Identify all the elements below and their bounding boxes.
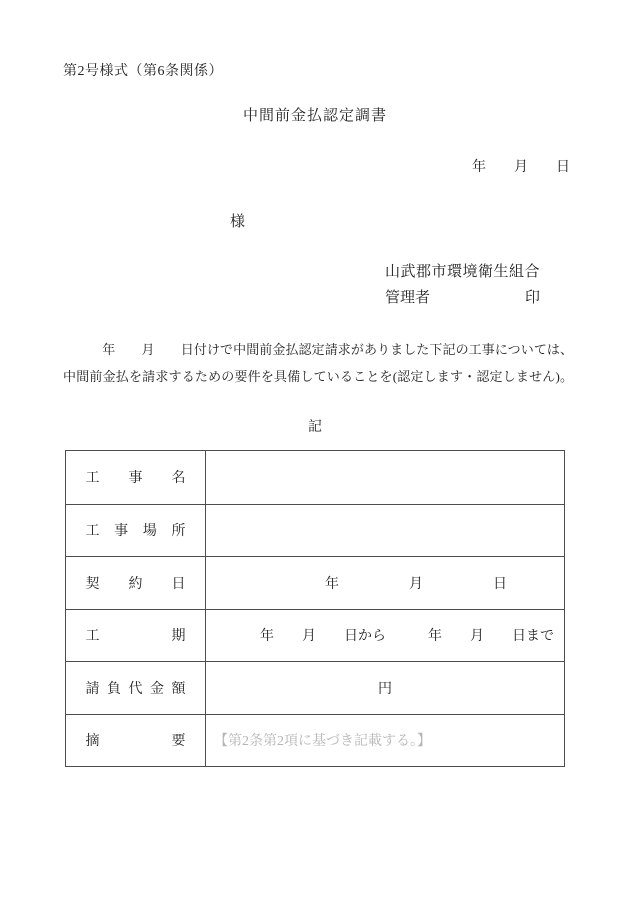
- row-value: 年 月 日から 年 月 日まで: [206, 610, 564, 662]
- row-label-cell: 工事場所: [66, 505, 206, 557]
- row-label-cell: 工事名: [66, 451, 206, 504]
- table-row-construction-site: 工事場所: [66, 504, 564, 557]
- row-label: 工事場所: [86, 520, 186, 540]
- row-value: 円: [206, 662, 564, 714]
- body-line-1: 年 月 日付けで中間前金払認定請求がありました下記の工事については、: [63, 336, 573, 363]
- organization-name: 山武郡市環境衛生組合: [385, 260, 540, 281]
- body-line-2: 中間前金払を請求するための要件を具備していることを(認定します・認定しません)。: [63, 363, 573, 390]
- table-row-construction-name: 工事名: [66, 451, 564, 504]
- row-label-cell: 工期: [66, 610, 206, 662]
- remarks-placeholder-note: 【第2条第2項に基づき記載する。】: [206, 715, 564, 767]
- row-value: 年 月 日: [206, 557, 564, 609]
- form-number: 第2号様式（第6条関係）: [63, 60, 223, 80]
- issuer-signature-line: 管理者 印: [385, 286, 540, 307]
- row-value: [206, 505, 564, 557]
- row-label: 契約日: [86, 573, 186, 593]
- table-row-construction-period: 工期 年 月 日から 年 月 日まで: [66, 609, 564, 662]
- row-label: 請負代金額: [86, 678, 186, 698]
- date-placeholder-line: 年 月 日: [0, 156, 570, 176]
- details-table: 工事名 工事場所 契約日 年 月 日 工期 年 月 日から 年 月 日まで: [65, 450, 565, 767]
- addressee-honorific: 様: [230, 210, 245, 231]
- row-label-cell: 請負代金額: [66, 662, 206, 714]
- row-label-cell: 契約日: [66, 557, 206, 609]
- row-label-cell: 摘要: [66, 715, 206, 767]
- row-label: 工事名: [86, 467, 186, 487]
- table-row-contract-date: 契約日 年 月 日: [66, 556, 564, 609]
- record-heading: 記: [0, 416, 630, 436]
- table-row-remarks: 摘要 【第2条第2項に基づき記載する。】: [66, 714, 564, 767]
- row-value: [206, 451, 564, 504]
- seal-placeholder: 印: [525, 286, 540, 307]
- manager-title: 管理者: [385, 286, 430, 307]
- row-label: 摘要: [86, 730, 186, 750]
- table-row-contract-amount: 請負代金額 円: [66, 661, 564, 714]
- document-page: 第2号様式（第6条関係） 中間前金払認定調書 年 月 日 様 山武郡市環境衛生組…: [0, 0, 630, 903]
- row-label: 工期: [86, 625, 186, 645]
- document-title: 中間前金払認定調書: [0, 104, 630, 125]
- body-paragraph: 年 月 日付けで中間前金払認定請求がありました下記の工事については、 中間前金払…: [63, 336, 573, 390]
